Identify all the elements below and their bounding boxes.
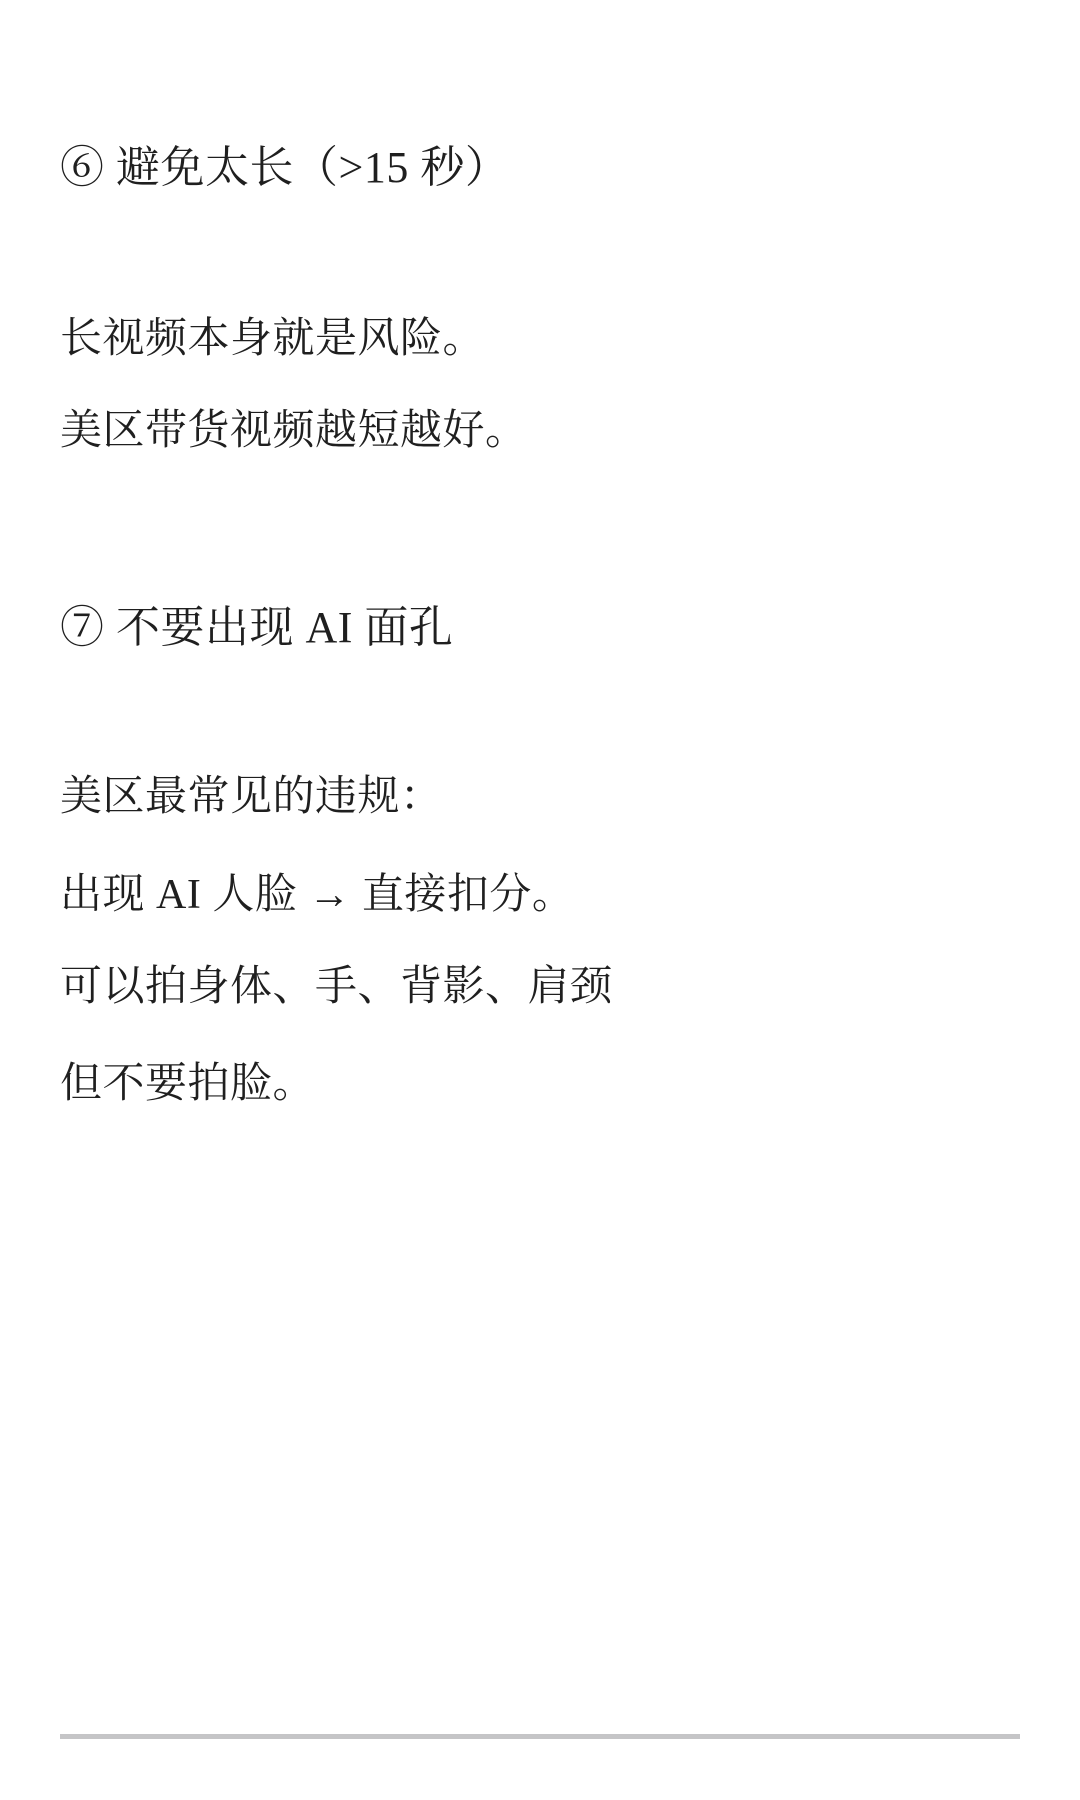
- section-7-heading: ⑦ 不要出现 AI 面孔: [60, 604, 453, 652]
- bottom-divider: [60, 1734, 1020, 1739]
- section-7-paragraph-3: 可以拍身体、手、背影、肩颈: [60, 964, 613, 1010]
- section-6-paragraph-1: 长视频本身就是风险。: [60, 316, 485, 362]
- section-7-paragraph-1: 美区最常见的违规：: [60, 774, 443, 820]
- section-6-paragraph-2: 美区带货视频越短越好。: [60, 408, 528, 454]
- section-7-paragraph-2: 出现 AI 人脸 → 直接扣分。: [60, 872, 574, 918]
- section-6-heading: ⑥ 避免太长（>15 秒）: [60, 144, 509, 192]
- document-page: ⑥ 避免太长（>15 秒） 长视频本身就是风险。 美区带货视频越短越好。 ⑦ 不…: [0, 0, 1080, 1800]
- section-7-paragraph-4: 但不要拍脸。: [60, 1061, 315, 1107]
